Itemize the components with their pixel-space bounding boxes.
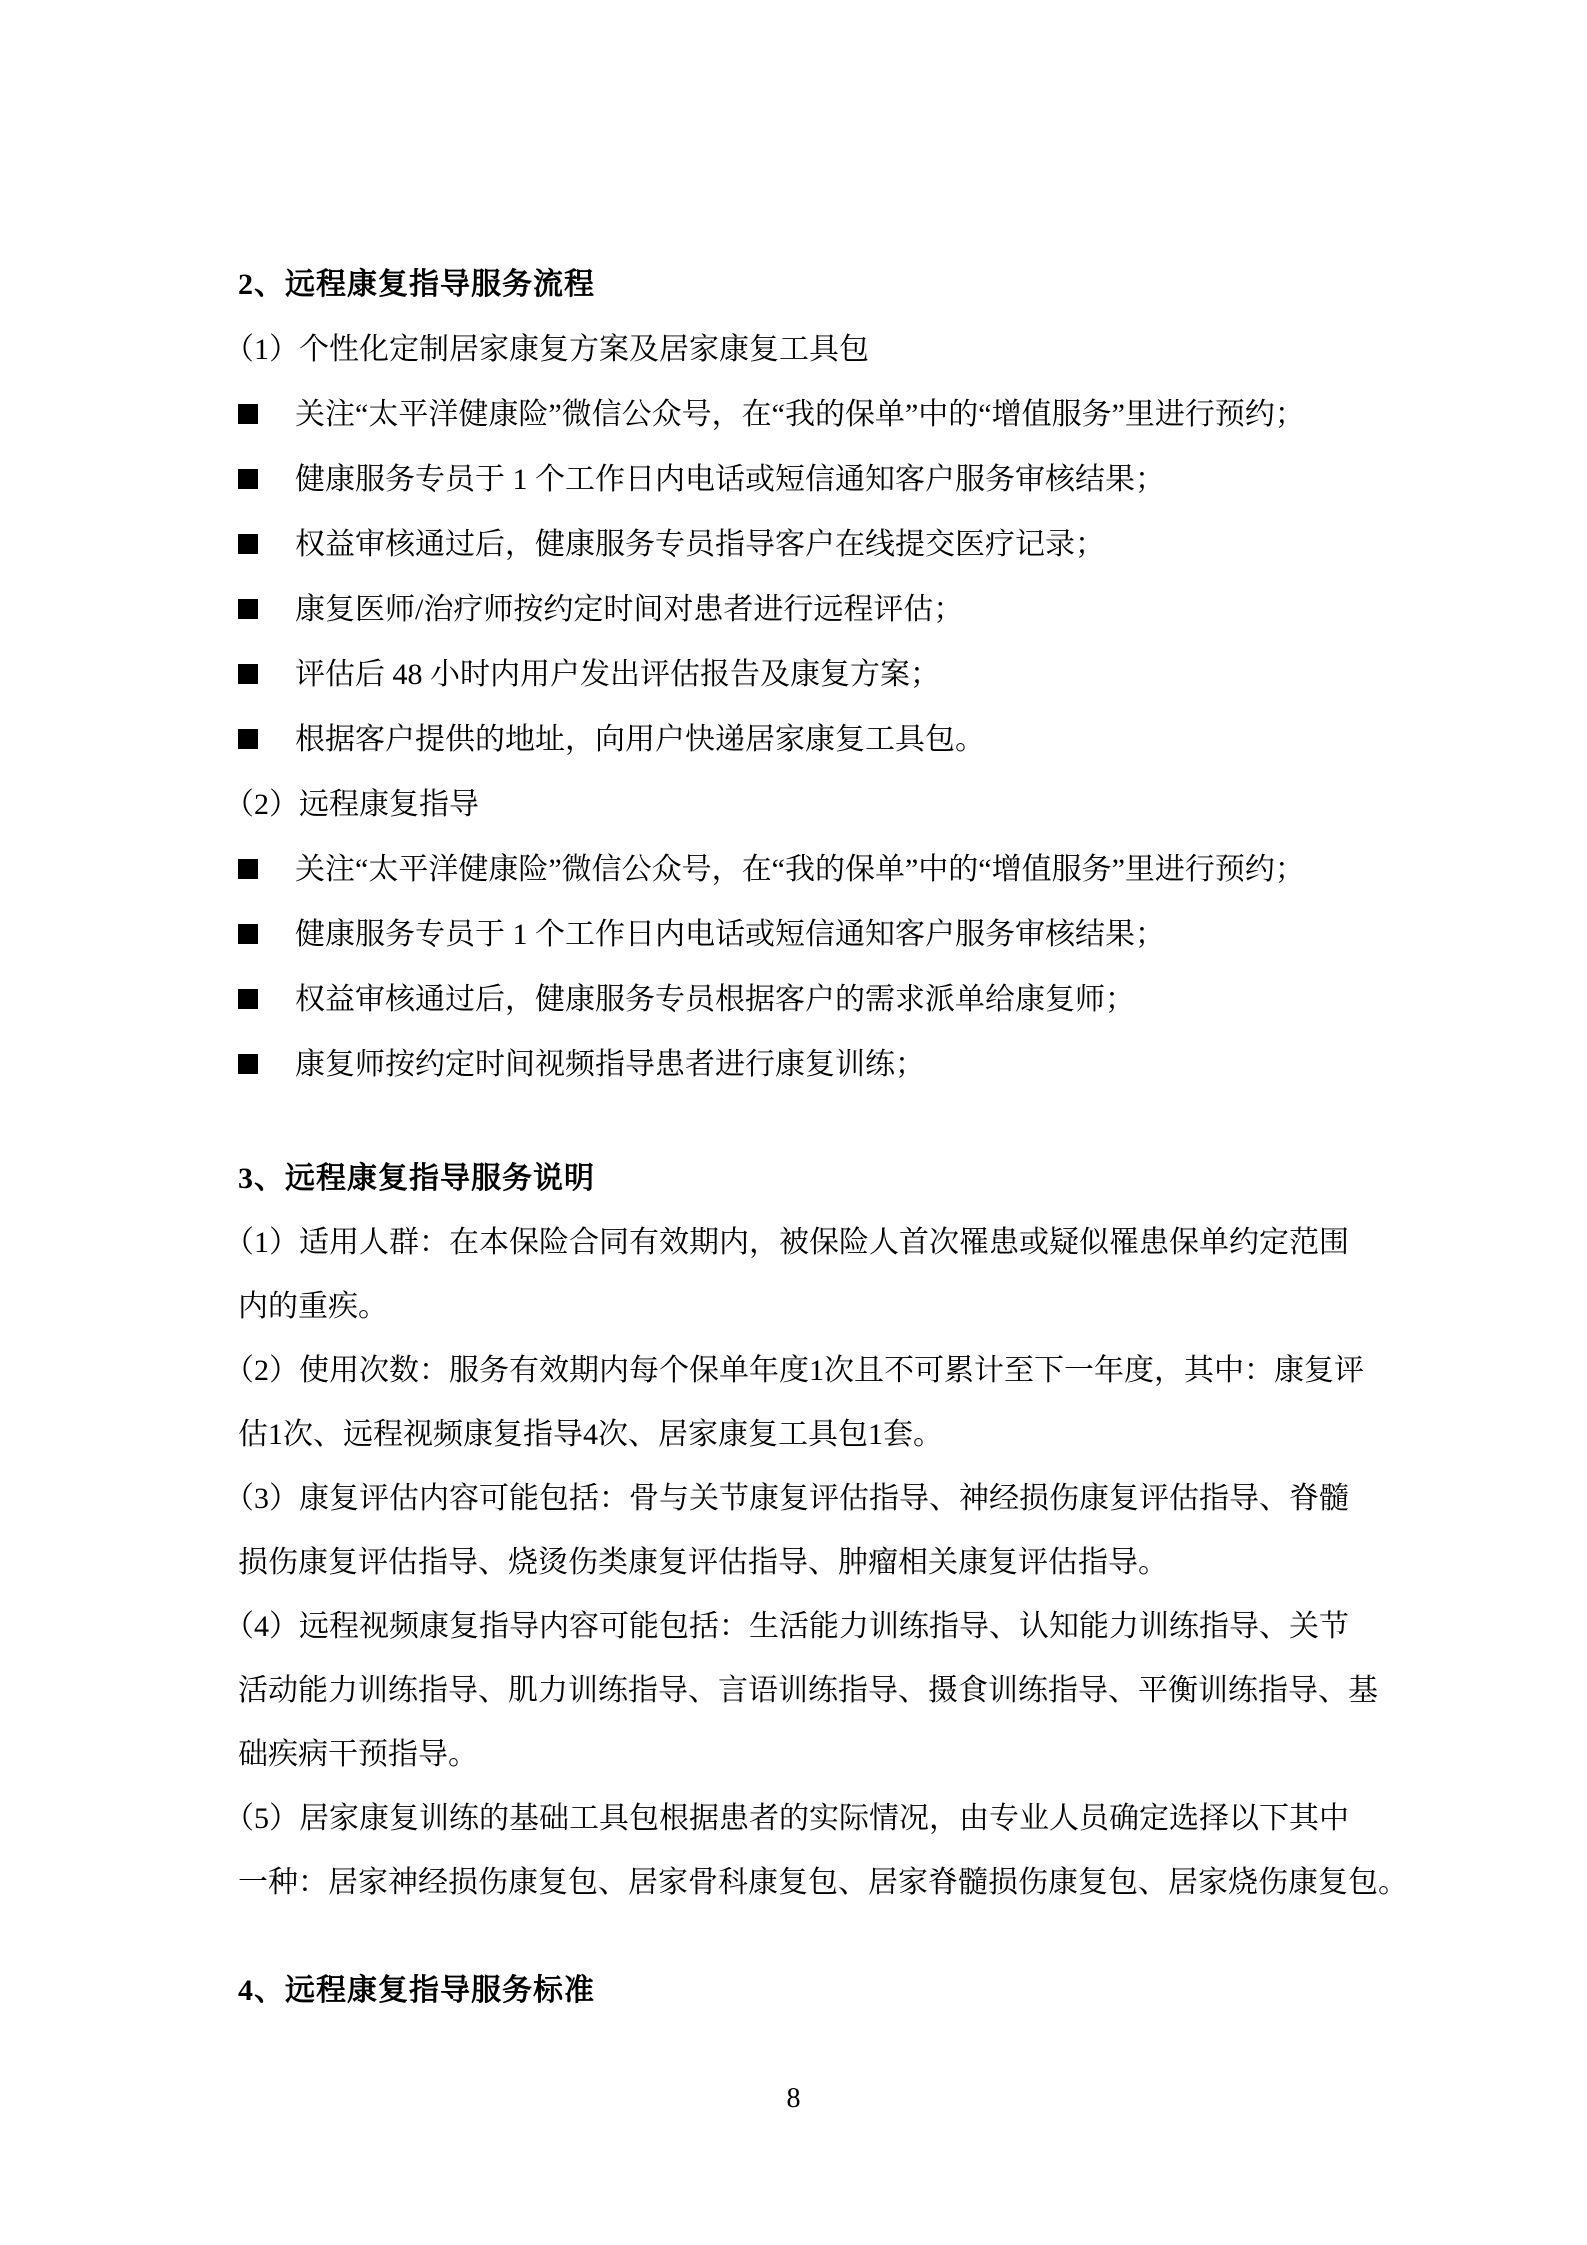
bullet-item: 关注“太平洋健康险”微信公众号，在“我的保单”中的“增值服务”里进行预约； (238, 400, 1305, 430)
paragraph-line: 活动能力训练指导、肌力训练指导、言语训练指导、摄食训练指导、平衡训练指导、基 (238, 1676, 1378, 1706)
paragraph-line: 内的重疾。 (238, 1292, 388, 1322)
bullet-square-icon (238, 404, 258, 424)
paragraph-line: 估1次、远程视频康复指导4次、居家康复工具包1套。 (238, 1420, 943, 1450)
bullet-item: 关注“太平洋健康险”微信公众号，在“我的保单”中的“增值服务”里进行预约； (238, 855, 1305, 885)
bullet-item: 根据客户提供的地址，向用户快递居家康复工具包。 (238, 725, 985, 755)
bullet-square-icon (238, 924, 258, 944)
bullet-text: 关注“太平洋健康险”微信公众号，在“我的保单”中的“增值服务”里进行预约； (295, 398, 1305, 431)
bullet-item: 康复医师/治疗师按约定时间对患者进行远程评估； (238, 595, 963, 625)
bullet-square-icon (238, 599, 258, 619)
paragraph-line: 损伤康复评估指导、烧烫伤类康复评估指导、肿瘤相关康复评估指导。 (238, 1548, 1168, 1578)
bullet-item: 健康服务专员于 1 个工作日内电话或短信通知客户服务审核结果； (238, 465, 1165, 495)
bullet-item: 康复师按约定时间视频指导患者进行康复训练； (238, 1050, 925, 1080)
bullet-item: 健康服务专员于 1 个工作日内电话或短信通知客户服务审核结果； (238, 920, 1165, 950)
paragraph-line: 础疾病干预指导。 (238, 1740, 478, 1770)
bullet-text: 根据客户提供的地址，向用户快递居家康复工具包。 (295, 723, 985, 756)
page-number: 8 (0, 2084, 1587, 2114)
subsection-title: （1）个性化定制居家康复方案及居家康复工具包 (224, 335, 869, 365)
bullet-text: 康复医师/治疗师按约定时间对患者进行远程评估； (295, 593, 963, 626)
bullet-square-icon (238, 664, 258, 684)
bullet-square-icon (238, 729, 258, 749)
bullet-item: 权益审核通过后，健康服务专员根据客户的需求派单给康复师； (238, 985, 1135, 1015)
paragraph-line: （5）居家康复训练的基础工具包根据患者的实际情况，由专业人员确定选择以下其中 (224, 1804, 1349, 1834)
paragraph-line: 一种：居家神经损伤康复包、居家骨科康复包、居家脊髓损伤康复包、居家烧伤康复包。 (238, 1868, 1408, 1898)
subsection-title: （2）远程康复指导 (224, 790, 479, 820)
bullet-text: 健康服务专员于 1 个工作日内电话或短信通知客户服务审核结果； (295, 463, 1165, 496)
bullet-text: 权益审核通过后，健康服务专员根据客户的需求派单给康复师； (295, 983, 1135, 1016)
bullet-square-icon (238, 1054, 258, 1074)
bullet-text: 评估后 48 小时内用户发出评估报告及康复方案； (295, 658, 940, 691)
bullet-item: 评估后 48 小时内用户发出评估报告及康复方案； (238, 660, 940, 690)
bullet-square-icon (238, 989, 258, 1009)
paragraph-line: （2）使用次数：服务有效期内每个保单年度1次且不可累计至下一年度，其中：康复评 (224, 1356, 1364, 1386)
section-heading-4: 4、远程康复指导服务标准 (238, 1976, 595, 2006)
bullet-square-icon (238, 859, 258, 879)
bullet-text: 康复师按约定时间视频指导患者进行康复训练； (295, 1048, 925, 1081)
bullet-square-icon (238, 469, 258, 489)
bullet-text: 健康服务专员于 1 个工作日内电话或短信通知客户服务审核结果； (295, 918, 1165, 951)
document-page: 2、远程康复指导服务流程 （1）个性化定制居家康复方案及居家康复工具包 关注“太… (0, 0, 1587, 2245)
bullet-text: 权益审核通过后，健康服务专员指导客户在线提交医疗记录； (295, 528, 1105, 561)
paragraph-line: （4）远程视频康复指导内容可能包括：生活能力训练指导、认知能力训练指导、关节 (224, 1612, 1349, 1642)
paragraph-line: （3）康复评估内容可能包括：骨与关节康复评估指导、神经损伤康复评估指导、脊髓 (224, 1484, 1349, 1514)
bullet-square-icon (238, 534, 258, 554)
section-heading-2: 2、远程康复指导服务流程 (238, 270, 595, 300)
section-heading-3: 3、远程康复指导服务说明 (238, 1164, 595, 1194)
bullet-item: 权益审核通过后，健康服务专员指导客户在线提交医疗记录； (238, 530, 1105, 560)
paragraph-line: （1）适用人群：在本保险合同有效期内，被保险人首次罹患或疑似罹患保单约定范围 (224, 1228, 1349, 1258)
bullet-text: 关注“太平洋健康险”微信公众号，在“我的保单”中的“增值服务”里进行预约； (295, 853, 1305, 886)
